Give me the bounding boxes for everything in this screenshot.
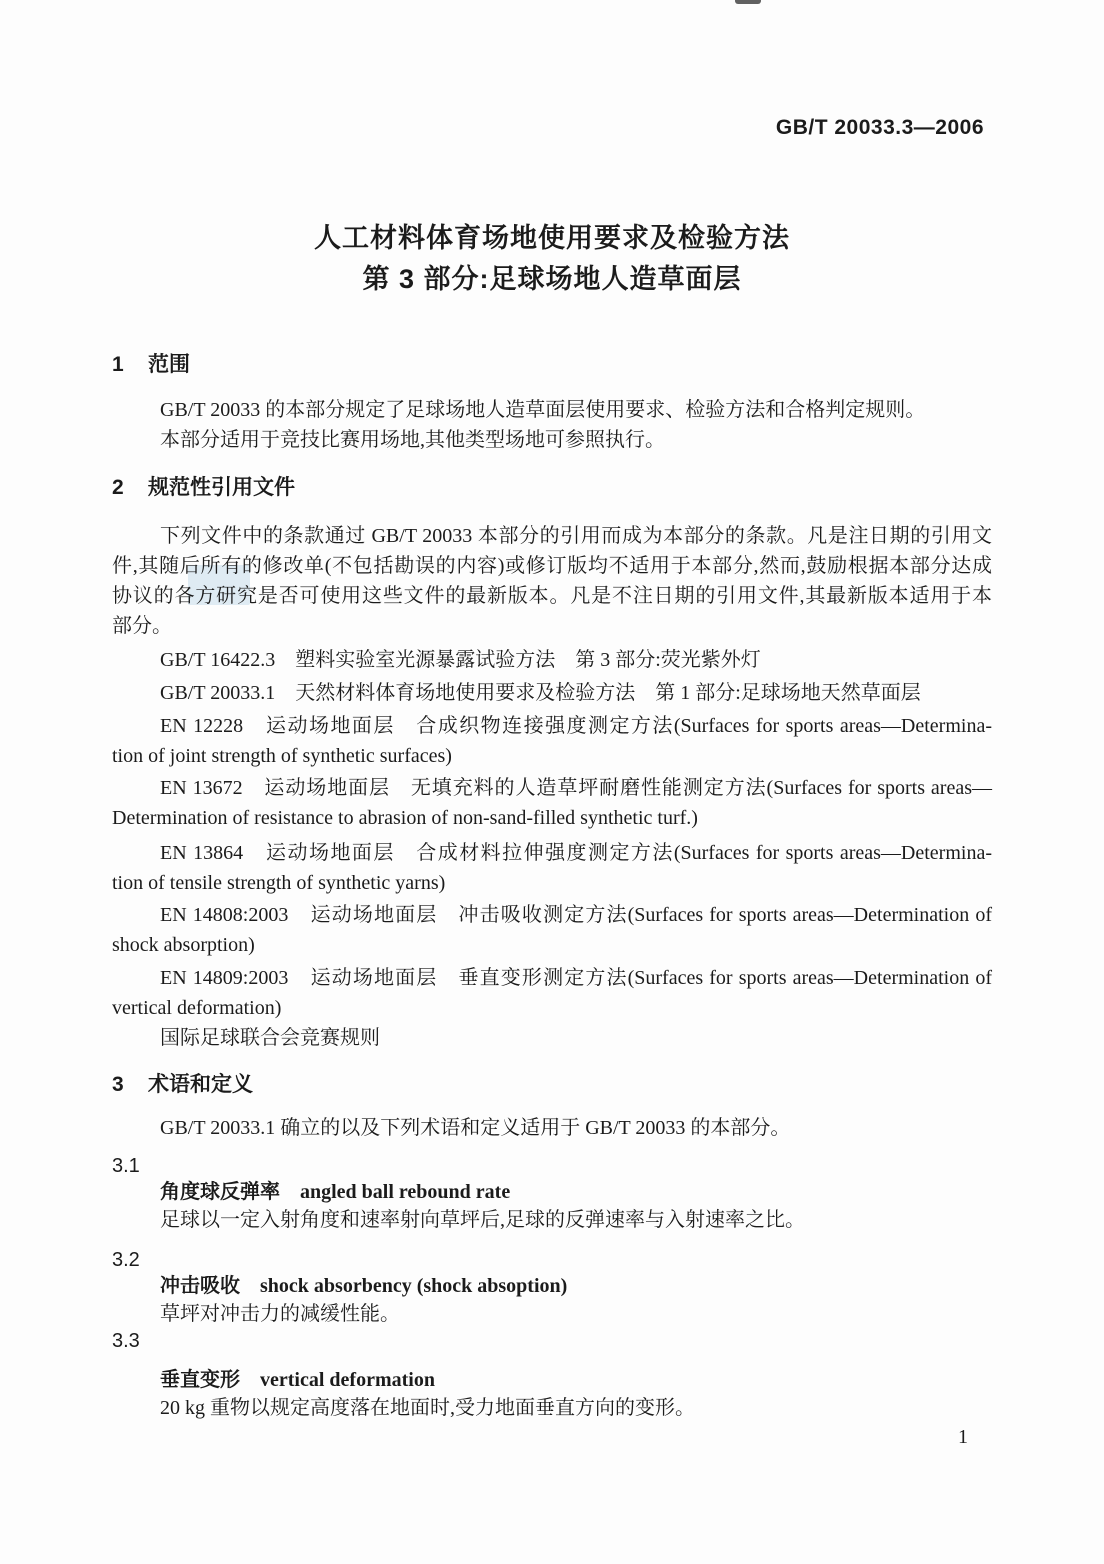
section-2-intro-line: 下列文件中的条款通过 GB/T 20033 本部分的引用而成为本部分的条款。凡是… — [112, 521, 992, 551]
reference-item-continuation: tion of joint strength of synthetic surf… — [112, 741, 992, 771]
term-title: 垂直变形vertical deformation — [112, 1365, 992, 1395]
reference-item-continuation: shock absorption) — [112, 930, 992, 960]
term-title: 冲击吸收shock absorbency (shock absoption) — [112, 1271, 992, 1301]
reference-item-continuation: tion of tensile strength of synthetic ya… — [112, 868, 992, 898]
term-title-zh: 冲击吸收 — [160, 1275, 240, 1297]
section-3-number: 3 — [112, 1070, 148, 1100]
section-2-intro-line: 部分。 — [112, 611, 992, 641]
section-1-paragraph-2: 本部分适用于竞技比赛用场地,其他类型场地可参照执行。 — [112, 425, 992, 455]
reference-item: EN 13864 运动场地面层 合成材料拉伸强度测定方法(Surfaces fo… — [112, 838, 992, 868]
section-2-title: 规范性引用文件 — [148, 476, 295, 499]
term-number: 3.3 — [112, 1326, 992, 1356]
reference-item: EN 12228 运动场地面层 合成织物连接强度测定方法(Surfaces fo… — [112, 711, 992, 741]
page-number: 1 — [958, 1426, 968, 1449]
scan-artifact — [735, 0, 761, 4]
section-1-heading: 1范围 — [112, 350, 992, 380]
reference-item: GB/T 20033.1 天然材料体育场地使用要求及检验方法 第 1 部分:足球… — [112, 678, 992, 708]
section-3-heading: 3术语和定义 — [112, 1070, 992, 1100]
reference-item: GB/T 16422.3 塑料实验室光源暴露试验方法 第 3 部分:荧光紫外灯 — [112, 645, 992, 675]
document-title-line1: 人工材料体育场地使用要求及检验方法 — [0, 216, 1104, 255]
reference-item-continuation: Determination of resistance to abrasion … — [112, 803, 992, 833]
term-title-en: vertical deformation — [260, 1369, 435, 1391]
section-3-intro: GB/T 20033.1 确立的以及下列术语和定义适用于 GB/T 20033 … — [112, 1113, 992, 1143]
term-title-zh: 角度球反弹率 — [160, 1181, 280, 1203]
section-2-number: 2 — [112, 473, 148, 503]
section-2-intro-line: 件,其随后所有的修改单(不包括勘误的内容)或修订版均不适用于本部分,然而,鼓励根… — [112, 551, 992, 581]
section-3-title: 术语和定义 — [148, 1073, 253, 1096]
term-title-zh: 垂直变形 — [160, 1369, 240, 1391]
section-1-number: 1 — [112, 350, 148, 380]
section-2-intro-line: 协议的各方研究是否可使用这些文件的最新版本。凡是不注日期的引用文件,其最新版本适… — [112, 581, 992, 611]
document-page: GB/T 20033.3—2006 人工材料体育场地使用要求及检验方法 第 3 … — [0, 0, 1104, 1564]
term-definition: 草坪对冲击力的减缓性能。 — [112, 1299, 992, 1329]
term-title: 角度球反弹率angled ball rebound rate — [112, 1177, 992, 1207]
section-2-heading: 2规范性引用文件 — [112, 473, 992, 503]
term-title-en: shock absorbency (shock absoption) — [260, 1275, 567, 1297]
reference-item: 国际足球联合会竞赛规则 — [112, 1023, 992, 1053]
reference-item: EN 14808:2003 运动场地面层 冲击吸收测定方法(Surfaces f… — [112, 900, 992, 930]
reference-item: EN 13672 运动场地面层 无填充料的人造草坪耐磨性能测定方法(Surfac… — [112, 773, 992, 803]
term-definition: 20 kg 重物以规定高度落在地面时,受力地面垂直方向的变形。 — [112, 1393, 992, 1423]
standard-code: GB/T 20033.3—2006 — [776, 116, 984, 140]
term-title-en: angled ball rebound rate — [300, 1181, 510, 1203]
document-title-line2: 第 3 部分:足球场地人造草面层 — [0, 257, 1104, 296]
section-1-title: 范围 — [148, 353, 190, 376]
reference-item-continuation: vertical deformation) — [112, 993, 992, 1023]
term-definition: 足球以一定入射角度和速率射向草坪后,足球的反弹速率与入射速率之比。 — [112, 1205, 992, 1235]
section-1-paragraph-1: GB/T 20033 的本部分规定了足球场地人造草面层使用要求、检验方法和合格判… — [112, 395, 992, 425]
reference-item: EN 14809:2003 运动场地面层 垂直变形测定方法(Surfaces f… — [112, 963, 992, 993]
